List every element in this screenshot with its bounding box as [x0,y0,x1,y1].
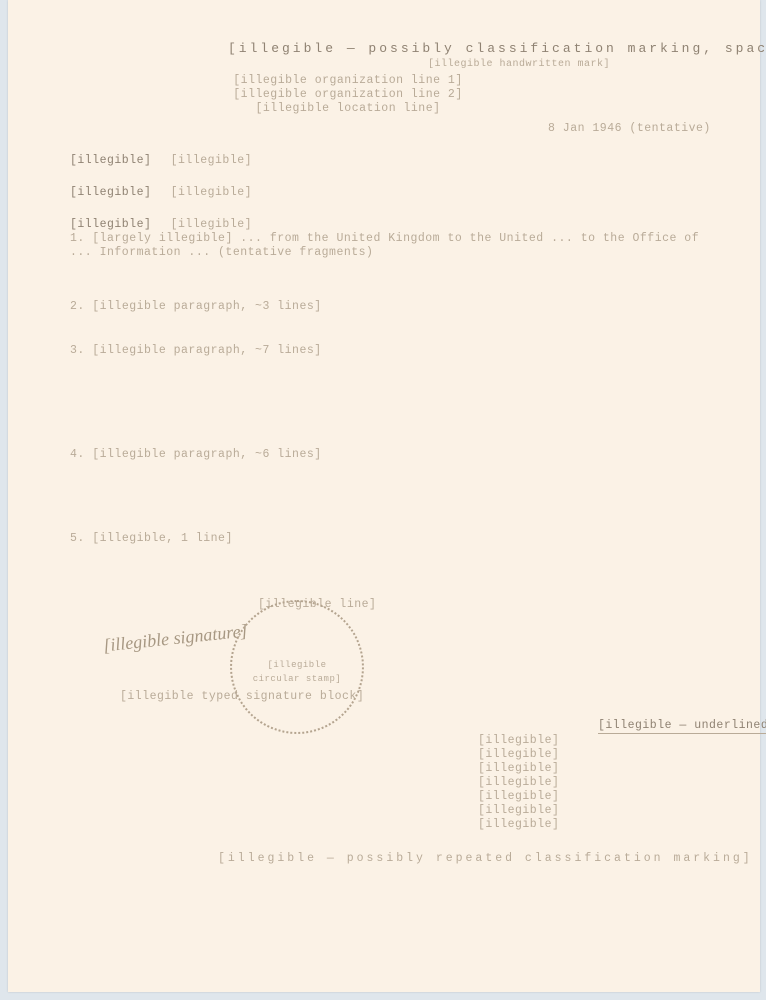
paragraph-2: 2. [illegible paragraph, ~3 lines] [70,300,720,314]
org-line: [illegible organization line 1] [168,74,528,88]
org-line: [illegible location line] [168,102,528,116]
footer-classification: [illegible — possibly repeated classific… [218,852,478,866]
circular-stamp: [illegible circular stamp] [230,600,364,734]
document-date: 8 Jan 1946 (tentative) [548,122,711,136]
field-label: [illegible] [70,186,151,199]
handwritten-signature: [illegible signature] [102,620,248,656]
org-line: [illegible organization line 2] [168,88,528,102]
marginal-mark: [illegible handwritten mark] [428,58,610,72]
organization-block: [illegible organization line 1] [illegib… [168,74,528,116]
distribution-item: [illegible] [478,762,718,776]
distribution-item: [illegible] [478,804,718,818]
paragraph-4: 4. [illegible paragraph, ~6 lines] [70,448,720,462]
distribution-item: [illegible] [478,818,718,832]
distribution-item: [illegible] [478,790,718,804]
field-label: [illegible] [70,154,151,167]
field-value: [illegible] [171,218,252,231]
typed-signature-block: [illegible typed signature block] [120,690,364,704]
field-value: [illegible] [171,186,252,199]
paragraph-1: 1. [largely illegible] ... from the Unit… [70,232,720,260]
field-value: [illegible] [171,154,252,167]
distribution-item: [illegible] [478,734,718,748]
distribution-item: [illegible] [478,748,718,762]
distribution-list: [illegible — underlined heading] [illegi… [478,715,718,832]
paragraph-3: 3. [illegible paragraph, ~7 lines] [70,344,720,358]
document-page: [illegible — possibly classification mar… [8,0,760,992]
classification-line: [illegible — possibly classification mar… [228,42,458,56]
distribution-item: [illegible] [478,776,718,790]
distribution-heading: [illegible — underlined heading] [598,719,766,734]
field-label: [illegible] [70,218,151,231]
body: 1. [largely illegible] ... from the Unit… [70,232,720,546]
paragraph-5: 5. [illegible, 1 line] [70,532,720,546]
memo-fields: [illegible] [illegible] [illegible] [ill… [70,150,570,232]
